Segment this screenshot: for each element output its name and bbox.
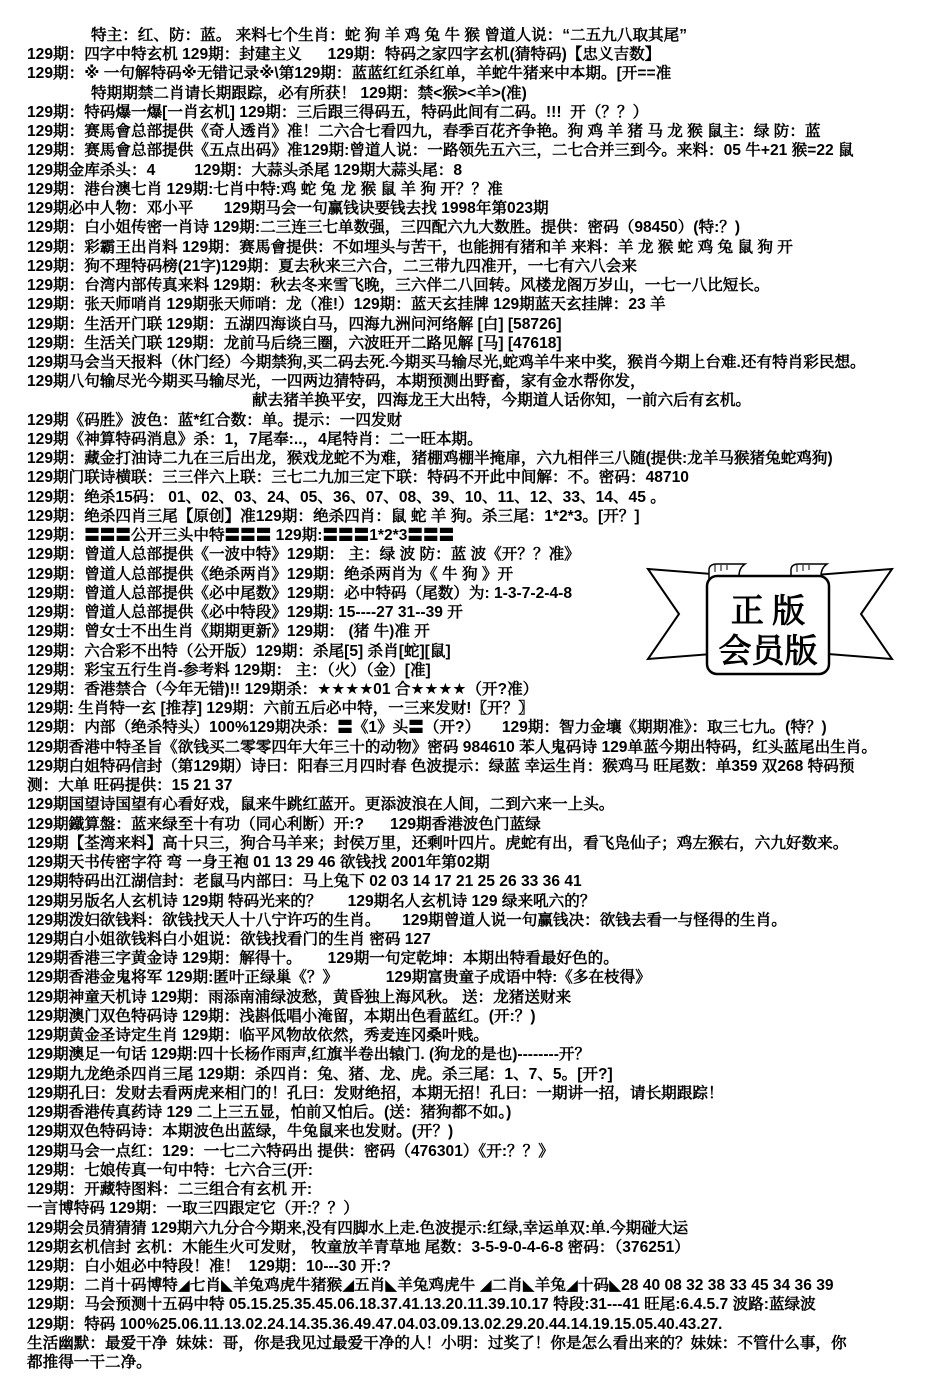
text-line: 129期：二肖十码博特◢七肖◣羊兔鸡虎牛猪猴◢五肖◣羊兔鸡虎牛 ◢二肖◣羊兔◢十… [27, 1276, 946, 1295]
text-line: 测：大单 旺码提供：15 21 37 [27, 776, 946, 795]
text-line: 129期：生活关门联 129期：龙前马后绕三圈，六波旺开二路见解 [马] [47… [27, 334, 946, 353]
text-line: 129期特码出江湖信封：老鼠马内部曰：马上兔下 02 03 14 17 21 2… [27, 872, 946, 891]
text-line: 129期天书传密字符 弯 一身王袍 01 13 29 46 欲钱找 2001年第… [27, 853, 946, 872]
text-line: 129期：四字中特玄机 129期：封建主义 129期：特码之家四字玄机(猜特码)… [27, 45, 946, 64]
text-line: 129期：内部（绝杀特头）100%129期决杀：〓《1》头〓（开?） 129期：… [27, 718, 946, 737]
text-line: 129期八句输尽光今期买马输尽光，一四两边猜特码，本期预测出野畜，家有金水帮你发… [27, 372, 946, 391]
text-line: 献去猪羊换平安，四海龙王大出特，今期道人话你知，一前六后有玄机。 [252, 391, 946, 410]
text-line: 129期：港台澳七肖 129期:七肖中特:鸡 蛇 兔 龙 猴 鼠 羊 狗 开？？… [27, 180, 946, 199]
text-line: 129期香港中特圣旨《欲钱买二零零四年大年三十的动物》密码 984610 苯人鬼… [27, 738, 946, 757]
text-line: 特主：红、防：蓝。 来料七个生肖：蛇 狗 羊 鸡 兔 牛 猴 曾道人说：“二五九… [91, 26, 946, 45]
page: 特主：红、防：蓝。 来料七个生肖：蛇 狗 羊 鸡 兔 牛 猴 曾道人说：“二五九… [0, 0, 946, 1388]
text-line: 129期：香港禁合（今年无错)!! 129期杀：★★★★01 合★★★★（开?准… [27, 680, 946, 699]
text-line: 129期：生活开门联 129期：五湖四海谈白马，四海九洲问河络解 [白] [58… [27, 315, 946, 334]
text-line: 129期：特码爆一爆[一肖玄机] 129期：三后跟三得码五，特码此间有二码。!!… [27, 103, 946, 122]
text-line: 129期澳足一句话 129期:四十长杨作雨声,红旗半卷出辕门. (狗龙的是也)-… [27, 1045, 946, 1064]
text-line: 129期：赛馬會总部提供《奇人透肖》准！二六合七看四九，春季百花齐争艳。狗 鸡 … [27, 122, 946, 141]
text-line: 129期必中人物：邓小平 129期马会一句赢钱诀要钱去找 1998年第023期 [27, 199, 946, 218]
text-line: 129期：白小姐传密一肖诗 129期:二三连三七单数强，三四配六九大数胜。提供：… [27, 218, 946, 237]
text-line: 129期国望诗国望有心看好戏，鼠来牛跳红蓝开。更添波浪在人间，二到六来一上头。 [27, 795, 946, 814]
text-line: 129期：藏金打油诗二九在三后出龙，猴戏龙蛇不为难，猪棚鸡棚半掩扉，六九相伴三八… [27, 449, 946, 468]
text-line: 生活幽默：最爱干净 妹妹：哥，你是我见过最爱干净的人！小明：过奖了！你是怎么看出… [27, 1334, 946, 1353]
text-line: 129期《码胜》波色：蓝*红合数：单。提示：一四发财 [27, 411, 946, 430]
text-line: 129期黄金圣诗定生肖 129期：临平风物故依然，秀麦连冈桑叶贱。 [27, 1026, 946, 1045]
text-line: 129期：狗不理特码榜(21字)129期：夏去秋来三六合，二三带九四准开，一七有… [27, 257, 946, 276]
text-line: 129期：彩霸王出肖料 129期：赛馬會提供：不如埋头与苦干，也能拥有猪和羊 来… [27, 238, 946, 257]
text-line: 一言博特码 129期：一取三四跟定它（开:？？） [27, 1199, 946, 1218]
text-line: 129期双色特码诗：本期波色出蓝绿，牛兔鼠来也发财。(开？) [27, 1122, 946, 1141]
text-line: 129期：赛馬會总部提供《五点出码》准129期:曾道人说：一路领先五六三，二七合… [27, 141, 946, 160]
ribbon-icon: 正 版 会员版 [645, 556, 895, 682]
text-line: 129期【荃湾来料】高十只三，狗合马羊来；封侯万里，还剩叶四片。虎蛇有出，看飞凫… [27, 834, 946, 853]
text-line: 129期：绝杀四肖三尾【原创】准129期：绝杀四肖：鼠 蛇 羊 狗。杀三尾：1*… [27, 507, 946, 526]
banner-line1: 正 版 [731, 593, 805, 630]
text-line: 129期: 生肖特一玄 [推荐] 129期：六前五后必中特，一三来发财!〖开？〗 [27, 699, 946, 718]
text-line: 129期澳门双色特码诗 129期：浅斟低唱小淹留，本期出色看蓝红。(开:？) [27, 1007, 946, 1026]
text-lines: 特主：红、防：蓝。 来料七个生肖：蛇 狗 羊 鸡 兔 牛 猴 曾道人说：“二五九… [0, 0, 946, 1372]
banner-line2: 会员版 [719, 633, 818, 670]
text-line: 129期会员猜猜猜 129期六九分合今期来,没有四脚水上走.色波提示:红绿,幸运… [27, 1219, 946, 1238]
text-line: 129期香港三字黄金诗 129期：解得十。 129期一句定乾坤：本期出特看最好色… [27, 949, 946, 968]
text-line: 129期香港传真药诗 129 二上三五显，怕前又怕后。(送：猪狗都不如。) [27, 1103, 946, 1122]
text-line: 129期香港金鬼将军 129期:匿叶正绿巢《？》 129期富贵童子成语中特:《多… [27, 968, 946, 987]
text-line: 129期马会当天报料（休门经）今期禁狗,买二码去死.今期买马输尽光,蛇鸡羊牛来中… [27, 353, 946, 372]
text-line: 129期玄机信封 玄机：木能生火可发财， 牧童放羊青草地 尾数：3-5-9-0-… [27, 1238, 946, 1257]
text-line: 特期期禁二肖请长期跟踪，必有所获！ 129期：禁<猴><羊>(准) [91, 84, 946, 103]
text-line: 129期孔曰：发财去看两虎来相门的！孔曰：发财绝招，本期无招！孔曰：一期讲一招，… [27, 1084, 946, 1103]
text-line: 129期：白小姐必中特段！准！ 129期：10---30 开:? [27, 1257, 946, 1276]
text-line: 129期：开藏特图料：二三组合有玄机 开: [27, 1180, 946, 1199]
text-line: 129期白小姐欲钱料白小姐说：欲钱找看门的生肖 密码 127 [27, 930, 946, 949]
text-line: 129期：马会预测十五码中特 05.15.25.35.45.06.18.37.4… [27, 1295, 946, 1314]
text-line: 129期：张天师哨肖 129期张天师哨：龙（准!）129期：蓝天玄挂牌 129期… [27, 295, 946, 314]
genuine-member-edition-banner: 正 版 会员版 [645, 556, 895, 682]
text-line: 129期九龙绝杀四肖三尾 129期：杀四肖：兔、猪、龙、虎。杀三尾：1、7、5。… [27, 1065, 946, 1084]
text-line: 129期：〓〓〓公开三头中特〓〓〓 129期:〓〓〓1*2*3〓〓〓 [27, 526, 946, 545]
text-line: 129期马会一点红：129：一七二六特码出 提供：密码（476301）《开:？？… [27, 1142, 946, 1161]
text-line: 129期白姐特码信封（第129期）诗曰：阳春三月四时春 色波提示：绿蓝 幸运生肖… [27, 757, 946, 776]
text-line: 129期：台湾内部传真来料 129期：秋去冬来雪飞晚，三六伴二八回转。风楼龙阁万… [27, 276, 946, 295]
text-line: 129期：※ 一句解特码※无错记录※\第129期：蓝蓝红红杀红单，羊蛇牛猪来中本… [27, 64, 946, 83]
text-line: 129期：绝杀15码： 01、02、03、24、05、36、07、08、39、1… [27, 488, 946, 507]
text-line: 129期门联诗横联：三三伴六上联：三七二九加三定下联：特码不开此中间解：不。密码… [27, 468, 946, 487]
text-line: 129期神童天机诗 129期：雨添南浦绿波愁，黄昏独上海风秋。 送：龙猪送财来 [27, 988, 946, 1007]
text-line: 129期另版名人玄机诗 129期 特码光来的？ 129期名人玄机诗 129 绿来… [27, 892, 946, 911]
text-line: 129期金库杀头：4 129期：大蒜头杀尾 129期大蒜头尾：8 [27, 161, 946, 180]
text-line: 129期：特码 100%25.06.11.13.02.24.14.35.36.4… [27, 1315, 946, 1334]
text-line: 129期《神算特码消息》杀：1，7尾奉:..，4尾特肖：二一旺本期。 [27, 430, 946, 449]
text-line: 129期：七娘传真一句中特：七六合三(开: [27, 1161, 946, 1180]
text-line: 都推得一干二净。 [27, 1353, 946, 1372]
text-line: 129期鐵算盤：蓝来绿至十有功（同心利断）开:? 129期香港波色门蓝绿 [27, 815, 946, 834]
text-line: 129期泼妇欲钱料：欲钱找天人十八宁许巧的生肖。 129期曾道人说一句赢钱决：欲… [27, 911, 946, 930]
